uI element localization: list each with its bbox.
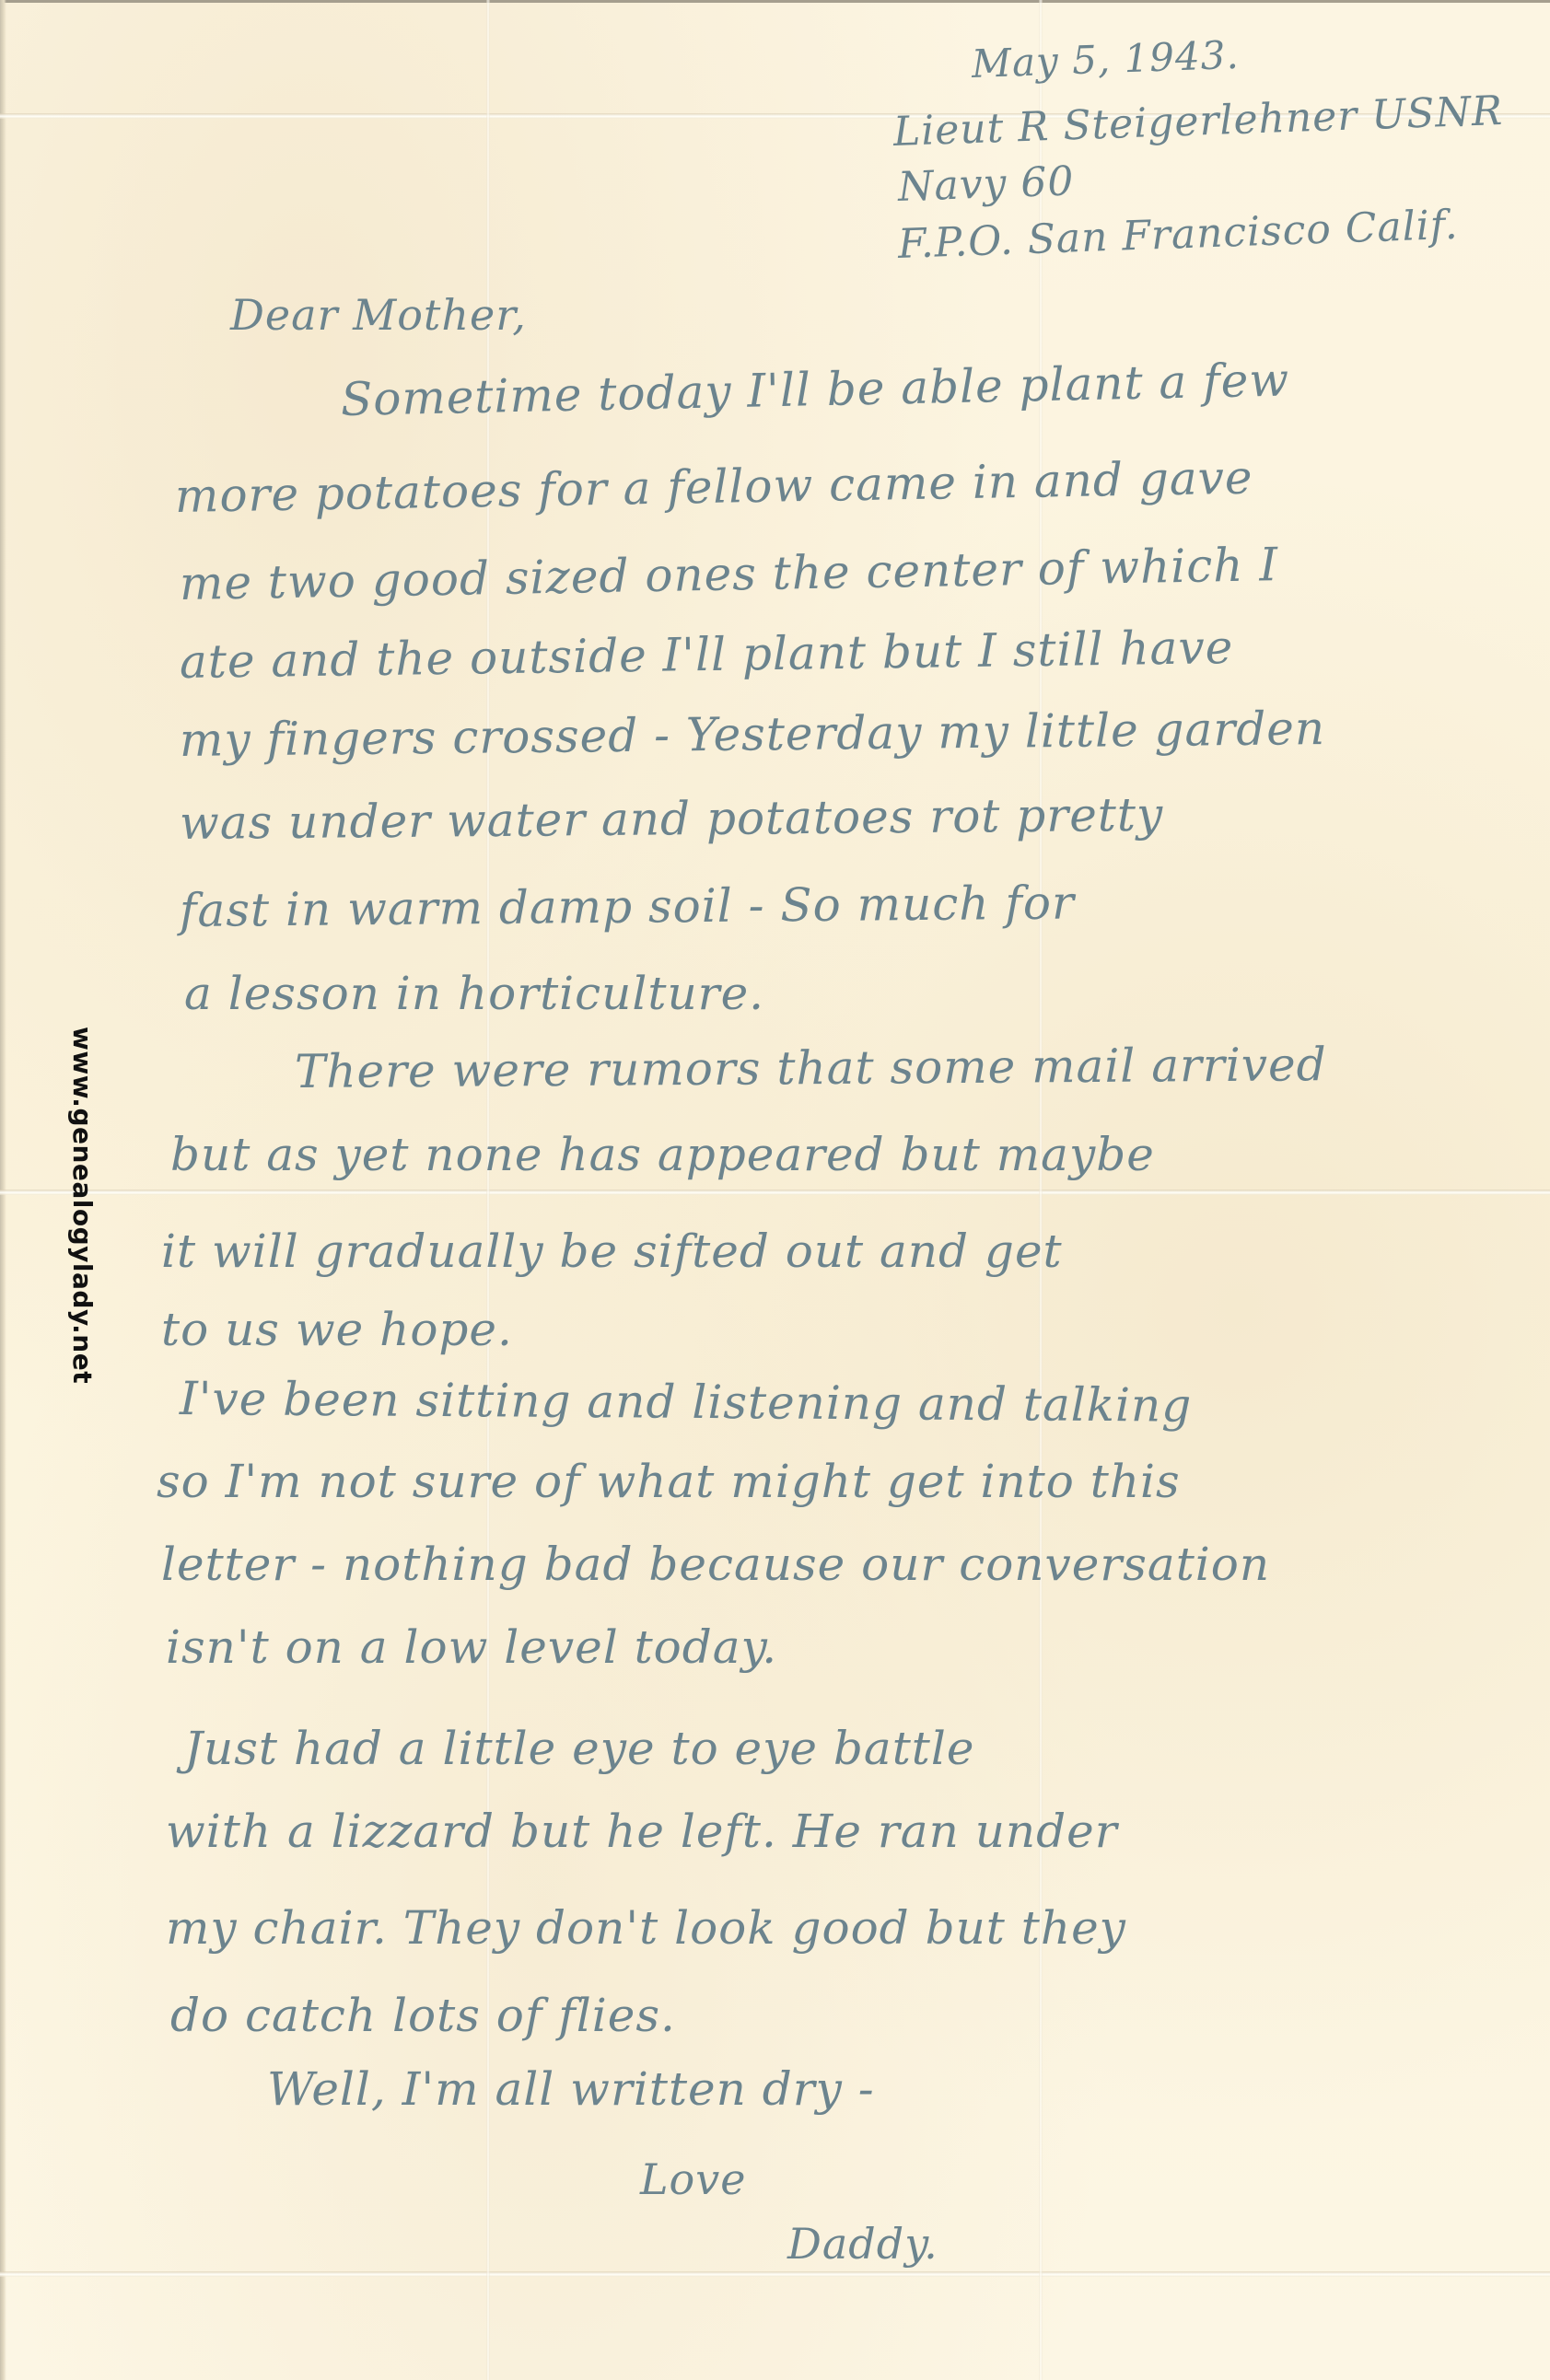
paper-top-edge xyxy=(0,0,1550,3)
letter-line: it will gradually be sifted out and get xyxy=(161,1225,1063,1278)
letter-line: letter - nothing bad because our convers… xyxy=(161,1538,1270,1591)
signature: Daddy. xyxy=(787,2219,938,2269)
sender-unit: Navy 60 xyxy=(897,157,1075,211)
salutation: Dear Mother, xyxy=(230,290,527,340)
letter-date: May 5, 1943. xyxy=(971,32,1240,87)
fold-crease-vertical-right xyxy=(1039,0,1043,2380)
letter-line: I've been sitting and listening and talk… xyxy=(180,1372,1193,1433)
letter-line: a lesson in horticulture. xyxy=(184,967,764,1020)
fold-crease-middle xyxy=(0,1190,1550,1195)
letter-line: There were rumors that some mail arrived xyxy=(295,1038,1327,1098)
closing-line: Well, I'm all written dry - xyxy=(267,2062,875,2116)
letter-line: with a lizzard but he left. He ran under xyxy=(166,1805,1118,1858)
letter-line: do catch lots of flies. xyxy=(170,1989,676,2042)
letter-line: Just had a little eye to eye battle xyxy=(184,1722,974,1775)
fold-crease-bottom xyxy=(0,2271,1550,2277)
letter-line: fast in warm damp soil - So much for xyxy=(180,877,1075,937)
valediction: Love xyxy=(640,2154,746,2204)
letter-line: isn't on a low level today. xyxy=(166,1620,777,1674)
letter-line: to us we hope. xyxy=(161,1303,513,1356)
letter-line: but as yet none has appeared but maybe xyxy=(170,1128,1155,1181)
letter-line: my chair. They don't look good but they xyxy=(166,1901,1126,1955)
letter-line: so I'm not sure of what might get into t… xyxy=(157,1455,1181,1508)
watermark-text: www.genealogylady.net xyxy=(61,1027,98,1358)
letter-line: was under water and potatoes rot pretty xyxy=(180,788,1164,850)
